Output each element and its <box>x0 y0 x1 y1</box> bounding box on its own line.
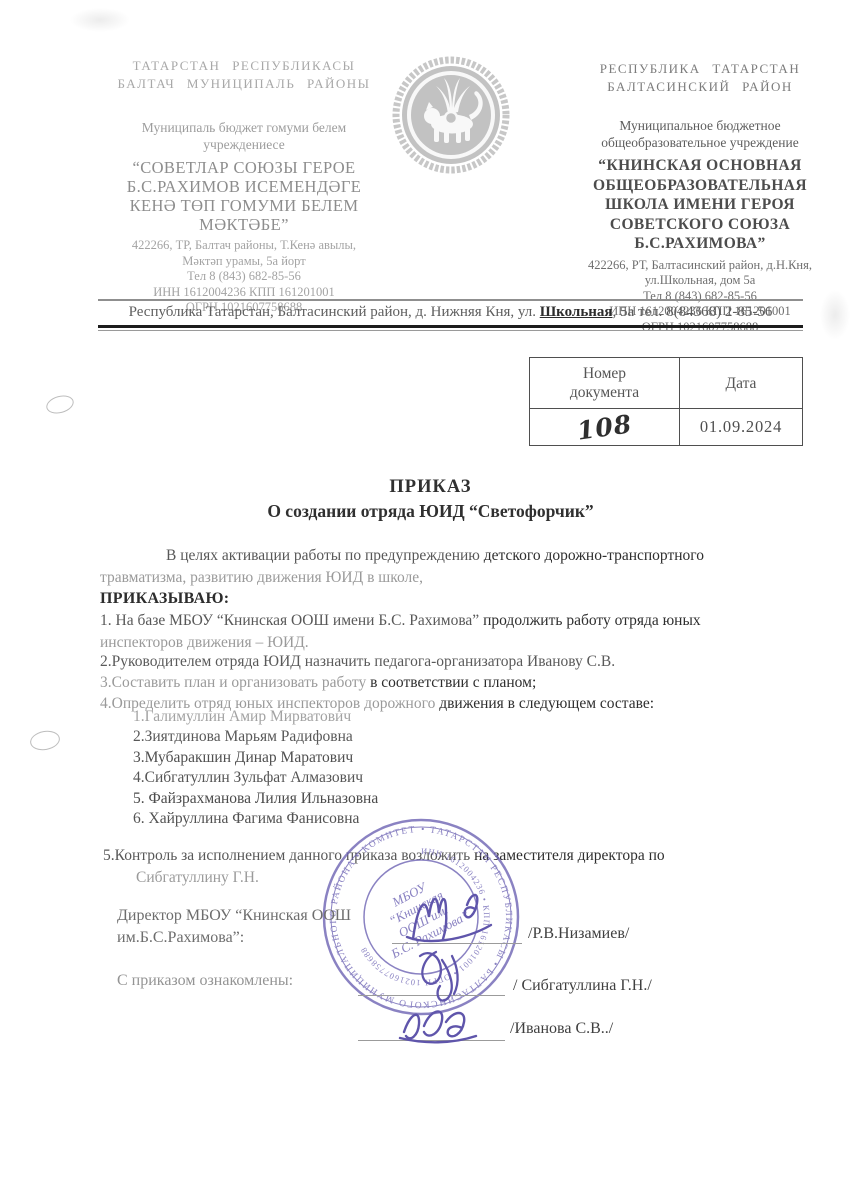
document-number-table: Номер документа Дата 108 01.09.2024 <box>529 357 803 446</box>
order-item-1: 1. На базе МБОУ “Книнская ООШ имени Б.С.… <box>100 610 776 653</box>
order-title: ПРИКАЗ О создании отряда ЮИД “Светофорчи… <box>0 477 861 522</box>
list-item: 1.Галимуллин Амир Мирватович <box>133 707 809 727</box>
region-name-russian: РЕСПУБЛИКА ТАТАРСТАН БАЛТАСИНСКИЙ РАЙОН <box>552 60 848 96</box>
order-item-2: 2.Руководителем отряда ЮИД назначить пед… <box>100 651 776 673</box>
ack-signature-ink-1 <box>408 942 483 1004</box>
number-header: Номер документа <box>530 358 680 409</box>
ack-signature-ink-2 <box>396 1000 486 1048</box>
list-item: 4.Сибгатуллин Зульфат Алмазович <box>133 768 809 788</box>
date-header: Дата <box>680 358 803 409</box>
list-item: 2.Зиятдинова Марьям Радифовна <box>133 727 809 747</box>
director-label: Директор МБОУ “Книнская ООШ им.Б.С.Рахим… <box>117 905 351 949</box>
org-name-russian: “КНИНСКАЯ ОСНОВНАЯ ОБЩЕОБРАЗОВАТЕЛЬНАЯ Ш… <box>552 156 848 254</box>
banner-text: Республика Татарстан, Балтасинский район… <box>129 304 540 320</box>
region-name-tatar: ТАТАРСТАН РЕСПУБЛИКАСЫ БАЛТАЧ МУНИЦИПАЛЬ… <box>96 57 392 93</box>
address-banner: Республика Татарстан, Балтасинский район… <box>98 299 803 328</box>
org-type-russian: Муниципальное бюджетное общеобразователь… <box>552 118 848 151</box>
ack-signature-name-1: / Сибгатуллина Г.Н./ <box>513 977 652 995</box>
scan-smudge <box>70 8 130 32</box>
tatarstan-coat-of-arms-icon <box>392 56 510 174</box>
scan-artifact-oval <box>29 729 62 753</box>
banner-text-tail: , 5а тел. 8(84368) 2-85-56 <box>613 304 773 320</box>
ack-signature-name-2: /Иванова С.В../ <box>510 1020 613 1038</box>
director-signature-ink <box>405 885 500 947</box>
org-type-tatar: Муниципаль бюджет гомуми белем учреждени… <box>96 120 392 153</box>
scan-smudge <box>820 290 850 340</box>
acknowledged-label: С приказом ознакомлены: <box>117 970 293 992</box>
document-number-value: 108 <box>575 409 634 445</box>
intro-paragraph: В целях активации работы по предупрежден… <box>100 545 776 588</box>
scanned-order-document: ТАТАРСТАН РЕСПУБЛИКАСЫ БАЛТАЧ МУНИЦИПАЛЬ… <box>0 0 861 1200</box>
order-keyword: ПРИКАЗЫВАЮ: <box>100 588 776 610</box>
letterhead-right-column: РЕСПУБЛИКА ТАТАРСТАН БАЛТАСИНСКИЙ РАЙОН … <box>552 60 848 335</box>
org-name-tatar: “СОВЕТЛАР СОЮЗЫ ГЕРОЕ Б.С.РАХИМОВ ИСЕМЕН… <box>96 158 392 234</box>
document-date-value: 01.09.2024 <box>680 409 803 446</box>
banner-street-highlight: Школьная <box>540 304 613 320</box>
director-signature-name: /Р.В.Низамиев/ <box>528 925 629 943</box>
order-subject: О создании отряда ЮИД “Светофорчик” <box>0 501 861 522</box>
list-item: 5. Файзрахманова Лилия Ильназовна <box>133 789 809 809</box>
order-item-3: 3.Составить план и организовать работу в… <box>100 672 776 694</box>
scan-artifact-oval <box>44 393 75 417</box>
letterhead-left-column: ТАТАРСТАН РЕСПУБЛИКАСЫ БАЛТАЧ МУНИЦИПАЛЬ… <box>96 57 392 316</box>
order-title-word: ПРИКАЗ <box>0 477 861 498</box>
list-item: 3.Мубаракшин Динар Маратович <box>133 748 809 768</box>
